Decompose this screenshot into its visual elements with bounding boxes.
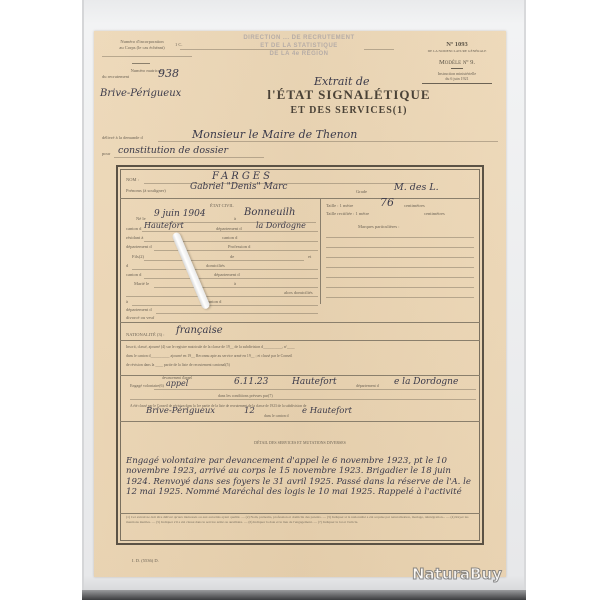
pour-value: constitution de dossier [118, 145, 228, 156]
recrutement-label: du recrutement [102, 74, 129, 80]
classe-canton-label: dans le canton d [264, 413, 289, 419]
nomenclature-block: Nº 1093 DE LA NOMENCLATURE GÉNÉRALE Modè… [412, 41, 502, 86]
engage-appel: appel [166, 379, 188, 388]
fils-label: Fils(2) [132, 254, 144, 260]
classe-canton-value: e Hautefort [302, 406, 352, 416]
incorporation-value: 1 C. [175, 42, 183, 48]
nomenclature-number: Nº 1093 [412, 41, 502, 48]
a3-label: à [126, 299, 128, 305]
grade-label: Grade [356, 189, 367, 195]
recrutement-line-1: Inscrit, classé, ajourné (4) sur le regi… [126, 344, 476, 350]
incorporation-label-line-2: au Corps (le cas échéant) [112, 45, 172, 51]
d-label: d [126, 263, 128, 269]
printer-mark: I. D. (5536) D. [132, 558, 159, 564]
services-detail-text: Engagé volontaire par devancement d'appe… [126, 456, 471, 498]
departement-value: la Dordogne [256, 221, 306, 230]
taille-value: 76 [380, 196, 394, 209]
taille-unit: centimètres [404, 203, 425, 209]
classe-subdivision: Brive-Périgueux [146, 406, 215, 416]
et-label: et [308, 254, 311, 260]
engage-date: 6.11.23 [234, 377, 268, 387]
instruction-line-2: du 6 juin 1921 [412, 76, 502, 81]
departement4-label: département d [126, 307, 152, 313]
model-number: Modèle nº 9. [412, 59, 502, 66]
stamp-line-1: DIRECTION ... DE RECRUTEMENT [234, 34, 364, 42]
nom-value: FARGES [212, 171, 273, 182]
etat-civil-heading: ÉTAT CIVIL [210, 203, 234, 209]
prenoms-label: Prénoms (à souligner) [126, 188, 166, 194]
grade-value: M. des L. [394, 182, 439, 193]
nationalite-value: française [176, 325, 223, 336]
nom-label: NOM : [126, 177, 139, 183]
pour-label: pour [102, 151, 110, 157]
document-title: l'ÉTAT SIGNALÉTIQUE [249, 87, 449, 103]
engage-place: Hautefort [292, 377, 337, 387]
prenoms-value: Gabriel "Denis" Marc [190, 182, 287, 192]
recruitment-office-stamp: DIRECTION ... DE RECRUTEMENT ET DE LA ST… [234, 34, 364, 58]
sleeve-bottom-edge [82, 590, 526, 600]
resident-label: résidant à [126, 235, 143, 241]
delivered-value: Monsieur le Maire de Thenon [192, 128, 357, 141]
incorporation-label: Numéro d'incorporation au Corps (le cas … [112, 39, 172, 51]
naturabuy-watermark: NaturaBuy [412, 565, 502, 583]
taille-label: Taille : 1 mètre [326, 203, 353, 209]
recrutement-value: Brive-Périgueux [100, 88, 181, 99]
birth-date-value: 9 juin 1904 [154, 209, 206, 219]
engage-dept-value: e la Dordogne [394, 377, 458, 387]
taille-rectifiee-unit: centimètres [424, 211, 445, 217]
services-heading: DÉTAIL DES SERVICES ET MUTATIONS DIVERSE… [190, 440, 410, 446]
stamp-line-2: ET DE LA STATISTIQUE [234, 42, 364, 50]
birth-place-value: Bonneuilh [244, 207, 295, 218]
classe-number: 12 [244, 406, 255, 416]
divorce-label: divorcé ou veuf [126, 315, 154, 321]
document-subtitle: ET DES SERVICES(1) [249, 105, 449, 116]
matricule-value: 938 [158, 67, 179, 80]
canton-value: Hautefort [144, 221, 184, 230]
canton3-label: canton d [126, 272, 141, 278]
marie-label: Marié le [134, 281, 149, 287]
dept2-label: département d [126, 244, 152, 250]
nomenclature-subtitle: DE LA NOMENCLATURE GÉNÉRALE [412, 48, 502, 54]
nationalite-label: NATIONALITÉ (3) : [126, 332, 165, 338]
delivered-label: délivré à la demande d [102, 135, 143, 141]
marques-label: Marques particulières : [358, 224, 399, 230]
recrutement-line-2: dans le canton d__________ ajourné en 19… [126, 353, 476, 359]
stamp-line-3: DE LA 4e RÉGION [234, 50, 364, 58]
footnotes: (1) Cet extrait ne doit être délivré qu'… [126, 515, 476, 524]
taille-rectifiee-label: Taille rectifiée : 1 mètre [326, 211, 369, 217]
recrutement-line-3: de révision dans la ____ partie de la li… [126, 362, 476, 368]
military-record-document: Numéro d'incorporation au Corps (le cas … [94, 31, 506, 577]
canton-label: canton d [126, 226, 141, 232]
